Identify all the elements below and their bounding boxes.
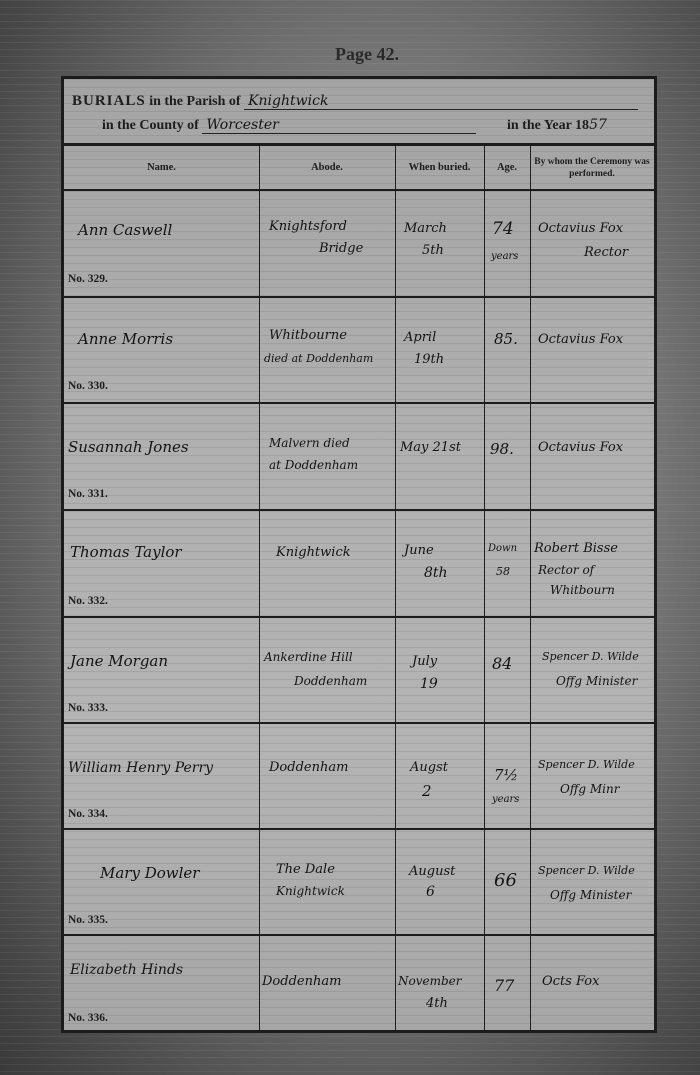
entry-abode: Whitbourne: [269, 328, 347, 343]
entry-officiant-title: Offg Minister: [556, 674, 637, 688]
entry-when-buried: 19th: [414, 352, 444, 367]
entry-age-unit: years: [491, 251, 518, 262]
column-header-officiant: By whom the Ceremony was performed.: [530, 146, 654, 189]
entry-officiant: Spencer D. Wilde: [538, 864, 635, 877]
entry-age-unit: years: [492, 794, 519, 805]
entry-name: Elizabeth Hinds: [70, 962, 183, 978]
entry-when-buried: 19: [420, 676, 438, 692]
year-heading: in the Year 1857: [507, 117, 607, 134]
entry-when-buried: 6: [426, 884, 435, 900]
register-heading: BURIALS in the Parish of Knightwick in t…: [64, 79, 654, 145]
entry-officiant-title: Rector: [584, 245, 628, 260]
column-header-name: Name.: [64, 146, 259, 189]
entry-when-buried: 8th: [424, 565, 448, 581]
entry-when-buried: July: [412, 654, 437, 669]
entry-abode: The Dale: [276, 862, 335, 877]
entry-abode: died at Doddenham: [264, 352, 373, 365]
entry-abode: Bridge: [319, 241, 363, 256]
register-entry: Elizabeth Hinds Doddenham November 4th 7…: [64, 936, 654, 1030]
entry-name: Susannah Jones: [68, 438, 189, 456]
entry-number: No. 336.: [68, 1012, 108, 1024]
entry-number: No. 332.: [68, 595, 108, 607]
entry-when-buried: November: [398, 974, 462, 988]
register-entry: William Henry Perry Doddenham Augst 2 7½…: [64, 724, 654, 828]
burial-register-table: BURIALS in the Parish of Knightwick in t…: [61, 76, 657, 1033]
entry-when-buried: Augst: [410, 760, 448, 775]
entry-abode: Doddenham: [294, 674, 367, 688]
entry-name: Jane Morgan: [70, 652, 168, 670]
entry-number: No. 333.: [68, 702, 108, 714]
page-number: Page 42.: [0, 44, 700, 65]
entry-officiant: Octavius Fox: [538, 332, 623, 347]
entry-age: 74: [492, 219, 514, 239]
entry-abode: Knightsford: [269, 219, 347, 234]
entry-officiant: Robert Bisse: [534, 541, 618, 556]
entry-officiant: Octavius Fox: [538, 221, 623, 236]
entry-name: Mary Dowler: [100, 864, 199, 882]
year-value: 57: [589, 117, 607, 133]
entry-name: Thomas Taylor: [70, 543, 182, 561]
entry-age: 98.: [490, 440, 514, 458]
entry-number: No. 330.: [68, 380, 108, 392]
register-entry: Ann Caswell Knightsford Bridge March 5th…: [64, 191, 654, 296]
entry-when-buried: June: [404, 543, 434, 558]
entry-officiant: Spencer D. Wilde: [542, 650, 639, 663]
heading-county-label: in the County of: [102, 118, 199, 133]
entry-when-buried: April: [404, 330, 436, 345]
entry-name: Ann Caswell: [78, 221, 172, 239]
entry-age: 77: [494, 976, 514, 995]
entry-abode: at Doddenham: [269, 458, 358, 472]
entry-officiant-title: Offg Minr: [560, 782, 619, 796]
year-label: in the Year 18: [507, 118, 589, 133]
entry-number: No. 334.: [68, 808, 108, 820]
entry-name: William Henry Perry: [68, 760, 213, 776]
column-header-when-buried: When buried.: [395, 146, 484, 189]
entry-age-note: Down: [488, 543, 517, 554]
entry-age: 85.: [494, 330, 518, 348]
entry-number: No. 331.: [68, 488, 108, 500]
entry-number: No. 329.: [68, 273, 108, 285]
entry-when-buried: 2: [422, 782, 432, 800]
heading-parish-label: in the Parish of: [149, 94, 240, 109]
register-entry: Thomas Taylor Knightwick June 8th Down 5…: [64, 511, 654, 616]
entry-officiant-parish: Whitbourn: [550, 583, 615, 597]
register-entry: Jane Morgan Ankerdine Hill Doddenham Jul…: [64, 618, 654, 722]
entry-abode: Knightwick: [276, 884, 345, 898]
entry-age: 58: [496, 565, 510, 578]
register-entry: Anne Morris Whitbourne died at Doddenham…: [64, 298, 654, 402]
entry-abode: Malvern died: [269, 436, 350, 450]
entry-age: 7½: [494, 766, 518, 784]
entry-officiant: Spencer D. Wilde: [538, 758, 635, 771]
entry-officiant: Octs Fox: [542, 974, 599, 989]
parish-value: Knightwick: [244, 93, 638, 110]
entry-age: 66: [494, 870, 517, 891]
entry-number: No. 335.: [68, 914, 108, 926]
entry-when-buried: 4th: [426, 996, 448, 1011]
entry-age: 84: [492, 654, 512, 673]
entry-when-buried: March: [404, 221, 447, 236]
entry-name: Anne Morris: [78, 330, 173, 348]
register-entry: Mary Dowler The Dale Knightwick August 6…: [64, 830, 654, 934]
heading-burials: BURIALS: [72, 93, 146, 109]
entry-abode: Doddenham: [262, 974, 341, 989]
entry-abode: Ankerdine Hill: [264, 650, 353, 664]
entry-officiant: Octavius Fox: [538, 440, 623, 455]
entry-when-buried: May 21st: [400, 440, 461, 455]
register-entry: Susannah Jones Malvern died at Doddenham…: [64, 404, 654, 509]
county-value: Worcester: [202, 117, 476, 134]
entry-officiant-title: Offg Minister: [550, 888, 631, 902]
entry-abode: Doddenham: [269, 760, 348, 775]
entry-abode: Knightwick: [276, 545, 351, 560]
column-header-abode: Abode.: [259, 146, 395, 189]
entry-when-buried: August: [409, 864, 455, 879]
entry-officiant-title: Rector of: [538, 563, 594, 577]
column-header-age: Age.: [484, 146, 530, 189]
entry-when-buried: 5th: [422, 243, 444, 258]
